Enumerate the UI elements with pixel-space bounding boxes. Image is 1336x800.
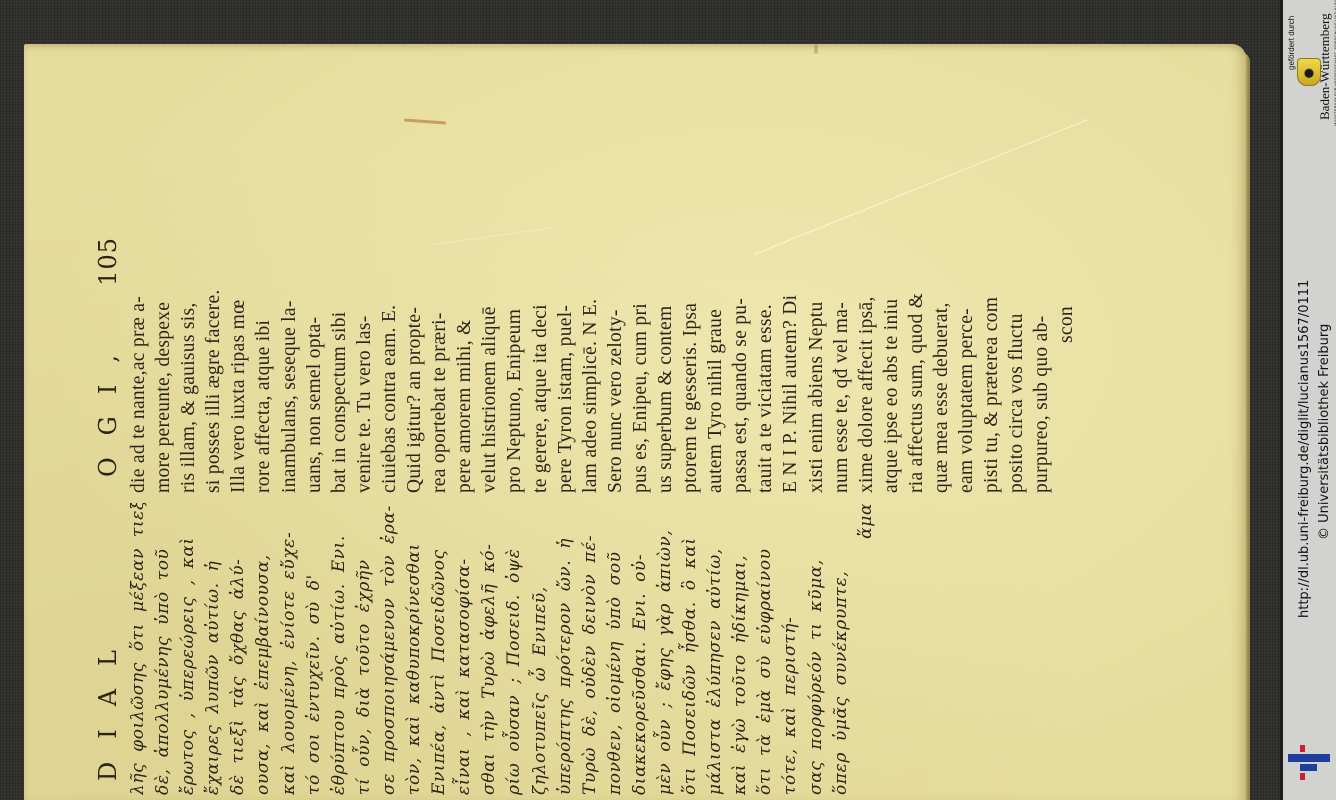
latin-line: rea oportebat te præri- — [427, 235, 452, 493]
latin-line: velut histrionem aliquē — [477, 235, 502, 493]
greek-line: ἔρωτος , ὑπερεώρεις , καὶ — [176, 503, 201, 795]
latin-line: num esse te, qđ vel ma- — [829, 235, 854, 493]
greek-line: καὶ ἐγὼ τοῦτο ἠδίκημαι, — [728, 503, 753, 795]
greek-line: μὲν οὖν ; ἔφης γὰρ ἀπιὼν, — [653, 503, 678, 795]
latin-line: rore affecta, atque ibi — [251, 235, 276, 493]
latin-line: pere amorem mihi, & — [452, 235, 477, 493]
greek-line: πονθεν, οἰομένη ὑπὸ σοῦ — [603, 503, 628, 795]
sponsor-label: gefördert durch — [1287, 16, 1296, 70]
running-head-right: OGI, — [94, 333, 122, 477]
greek-line: ουσα, καὶ ἐπεμβαίνουσα, — [251, 503, 276, 795]
page-stain — [404, 119, 446, 125]
greek-line: Ενιπέα, ἀντὶ Ποσειδῶνος — [427, 503, 452, 795]
page-stain — [814, 44, 818, 54]
greek-line: σθαι τὴν Τυρὼ ἀφελῆ κό- — [477, 503, 502, 795]
latin-line: more pereunte, despexe — [151, 235, 176, 493]
ub-freiburg-logo-icon — [1288, 745, 1324, 787]
latin-line: Quid igitur? an propte- — [402, 235, 427, 493]
greek-line: λῆς φοιλῶσης ὅτι μέξεαν τιεξὶ — [126, 503, 151, 795]
latin-line: ciuiebas contra eam. E. — [377, 235, 402, 493]
latin-line: posito circa vos fluctu — [1004, 235, 1029, 493]
greek-line: μάλιστα ἐλύπησεν αὐτίω, — [703, 503, 728, 795]
latin-line: ptorem te gesseris. Ipsa — [678, 235, 703, 493]
latin-line: xisti enim abiens Neptu — [804, 235, 829, 493]
greek-line: σας πορφύρεόν τι κῦμα, — [804, 503, 829, 795]
latin-line: uans, non semel opta- — [302, 235, 327, 493]
greek-line: ἔχαιρες λυπῶν αὐτίω. ἡ — [201, 503, 226, 795]
greek-line: τότε, καὶ περιστή- — [778, 503, 803, 795]
latin-line: Sero nunc vero zeloty- — [603, 235, 628, 493]
latin-line: die ad te nante,ac præ a- — [126, 235, 151, 493]
greek-line: ὅτι τὰ ἐμὰ σὺ εὐφραίνου — [753, 503, 778, 795]
latin-line: pro Neptuno, Enipeum — [502, 235, 527, 493]
latin-line: te gerere, atque ita deci — [528, 235, 553, 493]
latin-line: ria affectus sum, quod & — [904, 235, 929, 493]
latin-line: inambulans, seseque la- — [277, 235, 302, 493]
latin-line: venire te. Tu vero las- — [352, 235, 377, 493]
latin-line: lam adeo simplicē. N E. — [578, 235, 603, 493]
latin-line: autem Tyro nihil graue — [703, 235, 728, 493]
latin-line: purpureo, sub quo ab- — [1029, 235, 1054, 493]
library-info-strip: gefördert durch Baden-Württemberg MINIST… — [1280, 0, 1336, 800]
greek-line: δὲ τιεξὶ τὰς ὄχθας ἀλύ- — [226, 503, 251, 795]
latin-line: pere Tyron istam, puel- — [553, 235, 578, 493]
copyright-notice: © Universitätsbibliothek Freiburg — [1317, 324, 1332, 540]
greek-line: ὑπερόπτης πρότερον ὤν. ἡ — [553, 503, 578, 795]
latin-line: atque ipse eo abs te iniu — [879, 235, 904, 493]
latin-line: pus es, Enipeu, cum pri — [628, 235, 653, 493]
latin-catchword: scon — [1054, 235, 1079, 493]
latin-line: eam voluptatem perce- — [954, 235, 979, 493]
greek-line: ὅτι Ποσειδῶν ἦσθα. ὃ καὶ — [678, 503, 703, 795]
greek-line: τό σοι ἐντυχεῖν. σὺ δ' — [302, 503, 327, 795]
latin-line: xime dolore affecit ipsā, — [854, 235, 879, 493]
greek-line: τί οὖν, διὰ τοῦτο ἐχρῆν — [352, 503, 377, 795]
latin-line: si posses illi ægre facere. — [201, 235, 226, 493]
greek-line: Τυρὼ δὲ, οὐδὲν δεινὸν πέ- — [578, 503, 603, 795]
greek-line: ἐθρύπτου πρὸς αὐτίω. Ενι. — [327, 503, 352, 795]
latin-line: bat in conspectum sibi — [327, 235, 352, 493]
page-number: 105 — [94, 237, 122, 286]
greek-line: καὶ λουομένη, ἐνίοτε εὔχε- — [277, 503, 302, 795]
latin-line: Illa vero iuxta ripas mœ — [226, 235, 251, 493]
latin-line: tauit a te viciatam esse. — [753, 235, 778, 493]
latin-text-column: die ad te nante,ac præ a- more pereunte,… — [126, 235, 1080, 493]
latin-line: pisti tu, & præterea com — [979, 235, 1004, 493]
latin-line: ris illam, & gauisus sis, — [176, 235, 201, 493]
page-text-block: DIAL OGI, 105 λῆς φοιλῶσης ὅτι μέξεαν τι… — [92, 235, 1082, 795]
running-head: DIAL OGI, 105 — [92, 235, 126, 795]
latin-line: E N I P. Nihil autem? Di — [778, 235, 803, 493]
greek-line: τὸν, καὶ καθυποκρίνεσθαι — [402, 503, 427, 795]
latin-line: passa est, quando se pu- — [728, 235, 753, 493]
permalink-url[interactable]: http://dl.ub.uni-freiburg.de/diglit/luci… — [1297, 280, 1312, 618]
greek-line: διακεκορεῦσθαι. Ενι. οὐ- — [628, 503, 653, 795]
latin-line: quæ mea esse debuerat, — [929, 235, 954, 493]
latin-line: us superbum & contem — [653, 235, 678, 493]
greek-line: εἶναι , καὶ κατασοφίσα- — [452, 503, 477, 795]
greek-line: ζηλοτυπεῖς ὦ Ενιπεῦ, — [528, 503, 553, 795]
baden-wuerttemberg-crest-icon — [1297, 58, 1321, 86]
greek-line: ὅπερ ὑμᾶς συνέκρυπτε, — [829, 503, 854, 795]
greek-line: σε προσποιησάμενον τὸν ἐρα- — [377, 503, 402, 795]
greek-text-column: λῆς φοιλῶσης ὅτι μέξεαν τιεξὶ δὲ, ἀπολλυ… — [126, 503, 879, 795]
greek-line: δὲ, ἀπολλυμένης ὑπὸ τοῦ — [151, 503, 176, 795]
running-head-left: DIAL — [94, 627, 122, 781]
greek-catchword: ἅμα — [854, 503, 879, 795]
greek-line: ρίω οὖσαν ; Ποσειδ. ὀψὲ — [502, 503, 527, 795]
